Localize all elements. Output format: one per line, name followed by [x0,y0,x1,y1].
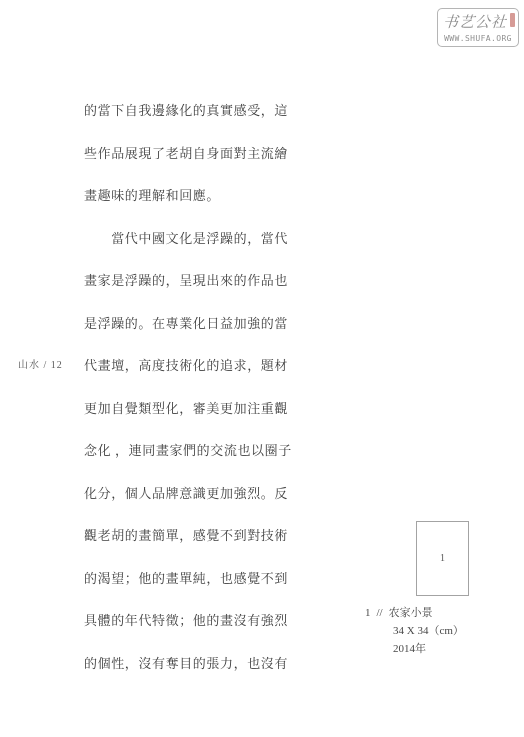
article-line: 的個性，沒有奪目的張力，也沒有 [84,657,308,700]
article-line: 觀老胡的畫簡單，感覺不到對技術 [84,529,308,572]
caption-title: 农家小景 [389,604,433,622]
logo-calligraphy-text: 书艺公社 [442,11,509,32]
article-line: 些作品展現了老胡自身面對主流繪 [84,147,308,190]
article-line: 畫家是浮躁的，呈現出來的作品也 [84,274,308,317]
logo-site-url: WWW.SHUFA.ORG [438,34,518,43]
article-line: 當代中國文化是浮躁的，當代 [84,232,308,275]
article-line: 是浮躁的。在專業化日益加強的當 [84,317,308,360]
book-page: 书艺公社 WWW.SHUFA.ORG 山水 / 12 的當下自我邊緣化的真實感受… [0,0,524,737]
figure-number: 1 [440,553,445,564]
figure-caption: 1 // 农家小景 34 X 34（cm） 2014年 [365,604,464,658]
caption-index: 1 [365,604,371,622]
article-line: 化分，個人品牌意識更加強烈。反 [84,487,308,530]
article-line: 更加自覺類型化，審美更加注重觀 [84,402,308,445]
article-line: 念化 ，連同畫家們的交流也以圈子 [84,444,308,487]
seal-icon [510,13,515,27]
site-logo: 书艺公社 WWW.SHUFA.ORG [437,8,519,47]
caption-separator: // [377,604,383,622]
section-page-label: 山水 / 12 [18,356,63,371]
article-text: 的當下自我邊緣化的真實感受，這 些作品展現了老胡自身面對主流繪 畫趣味的理解和回… [84,104,308,699]
article-line: 畫趣味的理解和回應。 [84,189,308,232]
caption-year: 2014年 [393,640,464,658]
article-line: 的渴望；他的畫單純，也感覺不到 [84,572,308,615]
article-line: 的當下自我邊緣化的真實感受，這 [84,104,308,147]
caption-size: 34 X 34（cm） [393,622,464,640]
article-line: 具體的年代特徵；他的畫沒有強烈 [84,614,308,657]
figure-placeholder: 1 [416,521,469,596]
article-line: 代畫壇，高度技術化的追求，題材 [84,359,308,402]
